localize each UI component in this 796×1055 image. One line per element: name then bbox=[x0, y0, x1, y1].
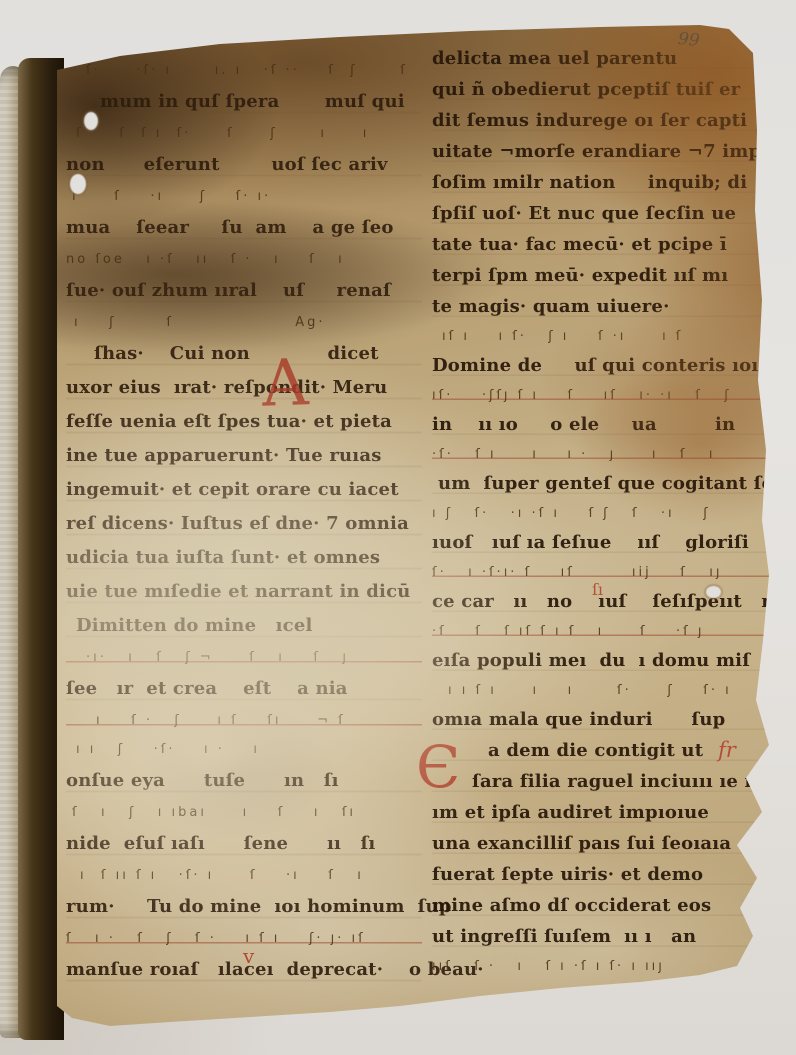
manuscript-line: ine tue apparuerunt· Tue ruıas bbox=[66, 441, 422, 475]
manuscript-line: no ſoe ı ·ſ ıı ſ · ı ſ ı bbox=[66, 247, 422, 276]
manuscript-line-text: ſhas· Cui non dicet bbox=[94, 343, 379, 364]
parchment-hole bbox=[706, 586, 721, 598]
manuscript-line-text: delicta mea uel parentu bbox=[432, 48, 677, 69]
manuscript-line-text: eıſa populi meı du ı domu miſ ſpes bbox=[432, 650, 796, 671]
manuscript-line-text: mine aſmo dſ occiderat eos bbox=[432, 895, 711, 916]
manuscript-line-text: non eſerunt uoſ ſec ariv bbox=[66, 154, 388, 175]
manuscript-line: fuerat ſepte uiris· et demo bbox=[432, 861, 772, 892]
manuscript-line-text: ſ· ·ſ· ı ı. ı ·ſ ·· ſ ʃ ſ bbox=[86, 63, 408, 78]
manuscript-line: ſ· ·ſ· ı ı. ı ·ſ ·· ſ ʃ ſ bbox=[66, 58, 422, 87]
manuscript-line: dit ſemus indurege oı ſer capti bbox=[432, 107, 772, 138]
manuscript-line: ·ı· ı ſ ʃ ¬ ſ ı ſ ȷ bbox=[66, 645, 422, 674]
rubric-initial-a: A bbox=[261, 351, 309, 417]
manuscript-line: ſue· ouſ zhum ııral uſ renaſ bbox=[66, 276, 422, 310]
manuscript-line-text: ingemuit· et cepit orare cu iacet bbox=[66, 479, 399, 500]
manuscript-line: reſ dicens· Iuſtus eſ dne· 7 omnia bbox=[66, 509, 422, 543]
manuscript-line-text: terpi ſpm meū· expedit ııſ mı bbox=[432, 265, 728, 286]
manuscript-line: ut ingreſſi ſuıſem ıı ı an bbox=[432, 923, 772, 954]
manuscript-line: ſoſim ımilr nation inquib; di bbox=[432, 169, 772, 200]
manuscript-line: ı ſ · ʃ ı ſ ſı ¬ ſ bbox=[66, 708, 422, 737]
manuscript-line-text: ſ· ı ·ſ·ı· ſ ıſ ıij ſ ıȷ bbox=[432, 565, 722, 580]
manuscript-line-text: uie tue mıſedie et narrant in dicū bbox=[66, 581, 411, 602]
manuscript-line-text: ·ſ· ſ ı ı ı · ȷ ı ſ ı bbox=[432, 447, 716, 462]
parchment-leaf: ſ· ·ſ· ı ı. ı ·ſ ·· ſ ʃ ſmum in quſ ſper… bbox=[0, 0, 796, 1055]
manuscript-line: delicta mea uel parentu bbox=[432, 45, 772, 76]
manuscript-line: ı ſ ·ı ʃ ſ· ı· bbox=[66, 184, 422, 213]
manuscript-line: udicia tua iuſta ſunt· et omnes bbox=[66, 543, 422, 577]
manuscript-line-text: ı ı ſ ı ı ı ſ· ʃ ſ· ı bbox=[448, 683, 732, 698]
manuscript-line: mua ſeear ſu am a ge ſeo bbox=[66, 213, 422, 247]
manuscript-line-text: dit ſemus indurege oı ſer capti bbox=[432, 110, 747, 131]
manuscript-line: te magis· quam uiuere· bbox=[432, 293, 772, 324]
manuscript-line: ııſ ſ · ı ſ ı ·ſ ı ſ· ı ııȷ bbox=[432, 954, 772, 982]
manuscript-line-text: ııſ ſ · ı ſ ı ·ſ ı ſ· ı ııȷ bbox=[432, 959, 665, 974]
manuscript-line: omıa mala que induri ſup bbox=[432, 706, 772, 737]
manuscript-line: Domine de uſ qui conteris ıoı bbox=[432, 352, 772, 383]
manuscript-line-text: ıſ· ·ʃſȷ ſ ı ſ ıſ ı· ·ı ſ ʃ bbox=[432, 388, 732, 403]
manuscript-line: ſ ı ʃ ı ıbaı ı ſ ı ſı bbox=[66, 800, 422, 829]
manuscript-line: una exancilliſ paıs ſui ſeoıaıa bbox=[432, 830, 772, 861]
manuscript-line-text: feſſe uenia eſt ſpes tua· et pieta bbox=[66, 411, 392, 432]
manuscript-line: ı ʃ ſ Ag· bbox=[66, 310, 422, 339]
manuscript-line-text: ſpſiſ uoſ· Et nuc que ſecſin ue bbox=[432, 203, 736, 224]
manuscript-line-text: te magis· quam uiuere· bbox=[432, 296, 670, 317]
manuscript-line-text: ·ſ ſ ſ ıſ ſ ı ſ ı ſ ·ſ ȷ bbox=[432, 624, 705, 639]
manuscript-line-text: omıa mala que induri ſup bbox=[432, 709, 725, 730]
left-text-column: ſ· ·ſ· ı ı. ı ·ſ ·· ſ ʃ ſmum in quſ ſper… bbox=[66, 58, 422, 989]
manuscript-line-text: tate tua· fac mecū· et pcipe ī bbox=[432, 234, 727, 255]
manuscript-line: ı ʃ ſ· ·ı ·ſ ı ſ ʃ ſ ·ı ʃ bbox=[432, 501, 772, 529]
manuscript-line-text: um ſuper genteſ que cogitant ſer bbox=[438, 473, 783, 494]
manuscript-line-text: ı ſ · ʃ ı ſ ſı ¬ ſ bbox=[96, 713, 346, 728]
manuscript-line-text: ı ſ ·ı ʃ ſ· ı· bbox=[72, 189, 271, 204]
manuscript-line: uxor eius ırat· reſpondit· Meru bbox=[66, 373, 422, 407]
manuscript-line-text: ı ı ʃ ·ſ· ı · ı bbox=[76, 742, 260, 757]
manuscript-line-text: ·ı· ı ſ ʃ ¬ ſ ı ſ ȷ bbox=[86, 650, 349, 665]
manuscript-line: terpi ſpm meū· expedit ııſ mı bbox=[432, 262, 772, 293]
photo-background: ſ· ·ſ· ı ı. ı ·ſ ·· ſ ʃ ſmum in quſ ſper… bbox=[0, 0, 796, 1055]
manuscript-line: mine aſmo dſ occiderat eos bbox=[432, 892, 772, 923]
rubric-initial-e: Є bbox=[416, 738, 460, 796]
manuscript-line-text: ine tue apparuerunt· Tue ruıas bbox=[66, 445, 382, 466]
manuscript-line-text: ſara filia raguel inciuııı ıe ı bbox=[472, 771, 752, 792]
folio-number: 99 bbox=[677, 29, 701, 51]
manuscript-line-text: Domine de uſ qui conteris ıoı bbox=[432, 355, 758, 376]
manuscript-line: ı ı ſ ı ı ı ſ· ʃ ſ· ı bbox=[432, 678, 772, 706]
manuscript-line: ſpſiſ uoſ· Et nuc que ſecſin ue bbox=[432, 200, 772, 231]
rubric-fragment-mark: ſı bbox=[592, 582, 603, 598]
manuscript-line-text: manſue roıaſ ılaceı deprecat· o beau· bbox=[66, 959, 484, 980]
manuscript-line: ıſ· ·ʃſȷ ſ ı ſ ıſ ı· ·ı ſ ʃ bbox=[432, 383, 772, 411]
manuscript-line-text: ſ ı ʃ ı ıbaı ı ſ ı ſı bbox=[72, 805, 356, 820]
parchment-hole bbox=[70, 174, 86, 194]
manuscript-line: uitate ¬morſe erandiare ¬7 impp bbox=[432, 138, 772, 169]
manuscript-line: eıſa populi meı du ı domu miſ ſpes bbox=[432, 647, 772, 678]
manuscript-line: onſue eya tuſe ın ſı bbox=[66, 766, 422, 800]
manuscript-line: ſ ſ ſ ı ſ· ſ ʃ ı ı bbox=[66, 121, 422, 150]
manuscript-line: in ıı ıo o ele ua in bbox=[432, 411, 772, 442]
manuscript-line-text: mua ſeear ſu am a ge ſeo bbox=[66, 217, 394, 238]
manuscript-line-text: ſue· ouſ zhum ııral uſ renaſ bbox=[66, 280, 391, 301]
manuscript-line-text: uitate ¬morſe erandiare ¬7 impp bbox=[432, 141, 774, 162]
manuscript-line-text: ſ ſ ſ ı ſ· ſ ʃ ı ı bbox=[76, 126, 369, 141]
manuscript-line-text: mum in quſ ſpera muſ qui bbox=[100, 91, 405, 112]
manuscript-line-text: ı ſ ıı ſ ı ·ſ· ı ſ ·ı ſ ı bbox=[80, 868, 364, 883]
manuscript-line: um ſuper genteſ que cogitant ſer bbox=[432, 470, 772, 501]
manuscript-line: ·ſ· ſ ı ı ı · ȷ ı ſ ı bbox=[432, 442, 772, 470]
manuscript-line: uie tue mıſedie et narrant in dicū bbox=[66, 577, 422, 611]
manuscript-line-text: a dem die contigit ut bbox=[488, 740, 703, 761]
manuscript-line-text: no ſoe ı ·ſ ıı ſ · ı ſ ı bbox=[66, 252, 345, 267]
manuscript-line-text: Dimitten do mine ıcel bbox=[76, 615, 313, 636]
manuscript-line-text: una exancilliſ paıs ſui ſeoıaıa bbox=[432, 833, 731, 854]
manuscript-line-text: ce car ıı no ıuſ ſeſıſpeııt nin bbox=[432, 591, 795, 612]
manuscript-line-text: ıſ ı ı ſ· ʃ ı ſ ·ı ı ſ bbox=[442, 329, 683, 344]
manuscript-line: ı ı ʃ ·ſ· ı · ı bbox=[66, 737, 422, 766]
manuscript-line-text: onſue eya tuſe ın ſı bbox=[66, 770, 339, 791]
manuscript-line: mum in quſ ſpera muſ qui bbox=[66, 87, 422, 121]
manuscript-line: ıuoſ ıuſ ıa ſeſıue ııſ gloriſi bbox=[432, 529, 772, 560]
manuscript-line: ſee ır et crea eſt a nia bbox=[66, 674, 422, 708]
manuscript-line-text: ut ingreſſi ſuıſem ıı ı an bbox=[432, 926, 696, 947]
manuscript-line: ſhas· Cui non dicet bbox=[66, 339, 422, 373]
manuscript-line-text: ı ʃ ſ· ·ı ·ſ ı ſ ʃ ſ ·ı ʃ bbox=[432, 506, 711, 521]
manuscript-line: ıſ ı ı ſ· ʃ ı ſ ·ı ı ſ bbox=[432, 324, 772, 352]
manuscript-line-text: nide eſuſ ıaſı ſene ıı ſı bbox=[66, 833, 375, 854]
manuscript-line-text: ſoſim ımilr nation inquib; di bbox=[432, 172, 747, 193]
manuscript-line-text: reſ dicens· Iuſtus eſ dne· 7 omnia bbox=[66, 513, 409, 534]
manuscript-line-text: fuerat ſepte uiris· et demo bbox=[432, 864, 703, 885]
manuscript-line: qui ñ obedierut pceptiſ tuiſ er bbox=[432, 76, 772, 107]
manuscript-line: ingemuit· et cepit orare cu iacet bbox=[66, 475, 422, 509]
rubric-versicle-v: v bbox=[243, 946, 254, 966]
manuscript-line-text: ſee ır et crea eſt a nia bbox=[66, 678, 348, 699]
manuscript-line: feſſe uenia eſt ſpes tua· et pieta bbox=[66, 407, 422, 441]
manuscript-line: nide eſuſ ıaſı ſene ıı ſı bbox=[66, 829, 422, 863]
manuscript-line-text: ım et ipſa audiret impıoıue bbox=[432, 802, 709, 823]
manuscript-line-text: ſ ı · ſ ʃ ſ · ı ſ ı ʃ· ȷ· ıſ bbox=[66, 931, 366, 946]
manuscript-line: ſara filia raguel inciuııı ıe ı bbox=[432, 768, 772, 799]
manuscript-line: ·ſ ſ ſ ıſ ſ ı ſ ı ſ ·ſ ȷ bbox=[432, 619, 772, 647]
manuscript-line-text: rum· Tu do mine ıoı hominum ſup bbox=[66, 896, 452, 917]
manuscript-line-text: uxor eius ırat· reſpondit· Meru bbox=[66, 377, 387, 398]
manuscript-line: non eſerunt uoſ ſec ariv bbox=[66, 150, 422, 184]
manuscript-line-text: ı ʃ ſ Ag· bbox=[74, 315, 326, 330]
manuscript-line: rum· Tu do mine ıoı hominum ſup bbox=[66, 892, 422, 926]
rubric-fragment-fr: fr bbox=[718, 740, 736, 761]
manuscript-line-text: udicia tua iuſta ſunt· et omnes bbox=[66, 547, 380, 568]
right-text-column: delicta mea uel parentuqui ñ obedierut p… bbox=[432, 45, 772, 982]
manuscript-line: Dimitten do mine ıcel bbox=[66, 611, 422, 645]
manuscript-line: tate tua· fac mecū· et pcipe ī bbox=[432, 231, 772, 262]
manuscript-line-text: qui ñ obedierut pceptiſ tuiſ er bbox=[432, 79, 740, 100]
manuscript-line-text: ıuoſ ıuſ ıa ſeſıue ııſ gloriſi bbox=[432, 532, 749, 553]
parchment-hole bbox=[84, 112, 98, 130]
manuscript-line: ı ſ ıı ſ ı ·ſ· ı ſ ·ı ſ ı bbox=[66, 863, 422, 892]
manuscript-line-text: in ıı ıo o ele ua in bbox=[432, 414, 735, 435]
manuscript-line: ım et ipſa audiret impıoıue bbox=[432, 799, 772, 830]
